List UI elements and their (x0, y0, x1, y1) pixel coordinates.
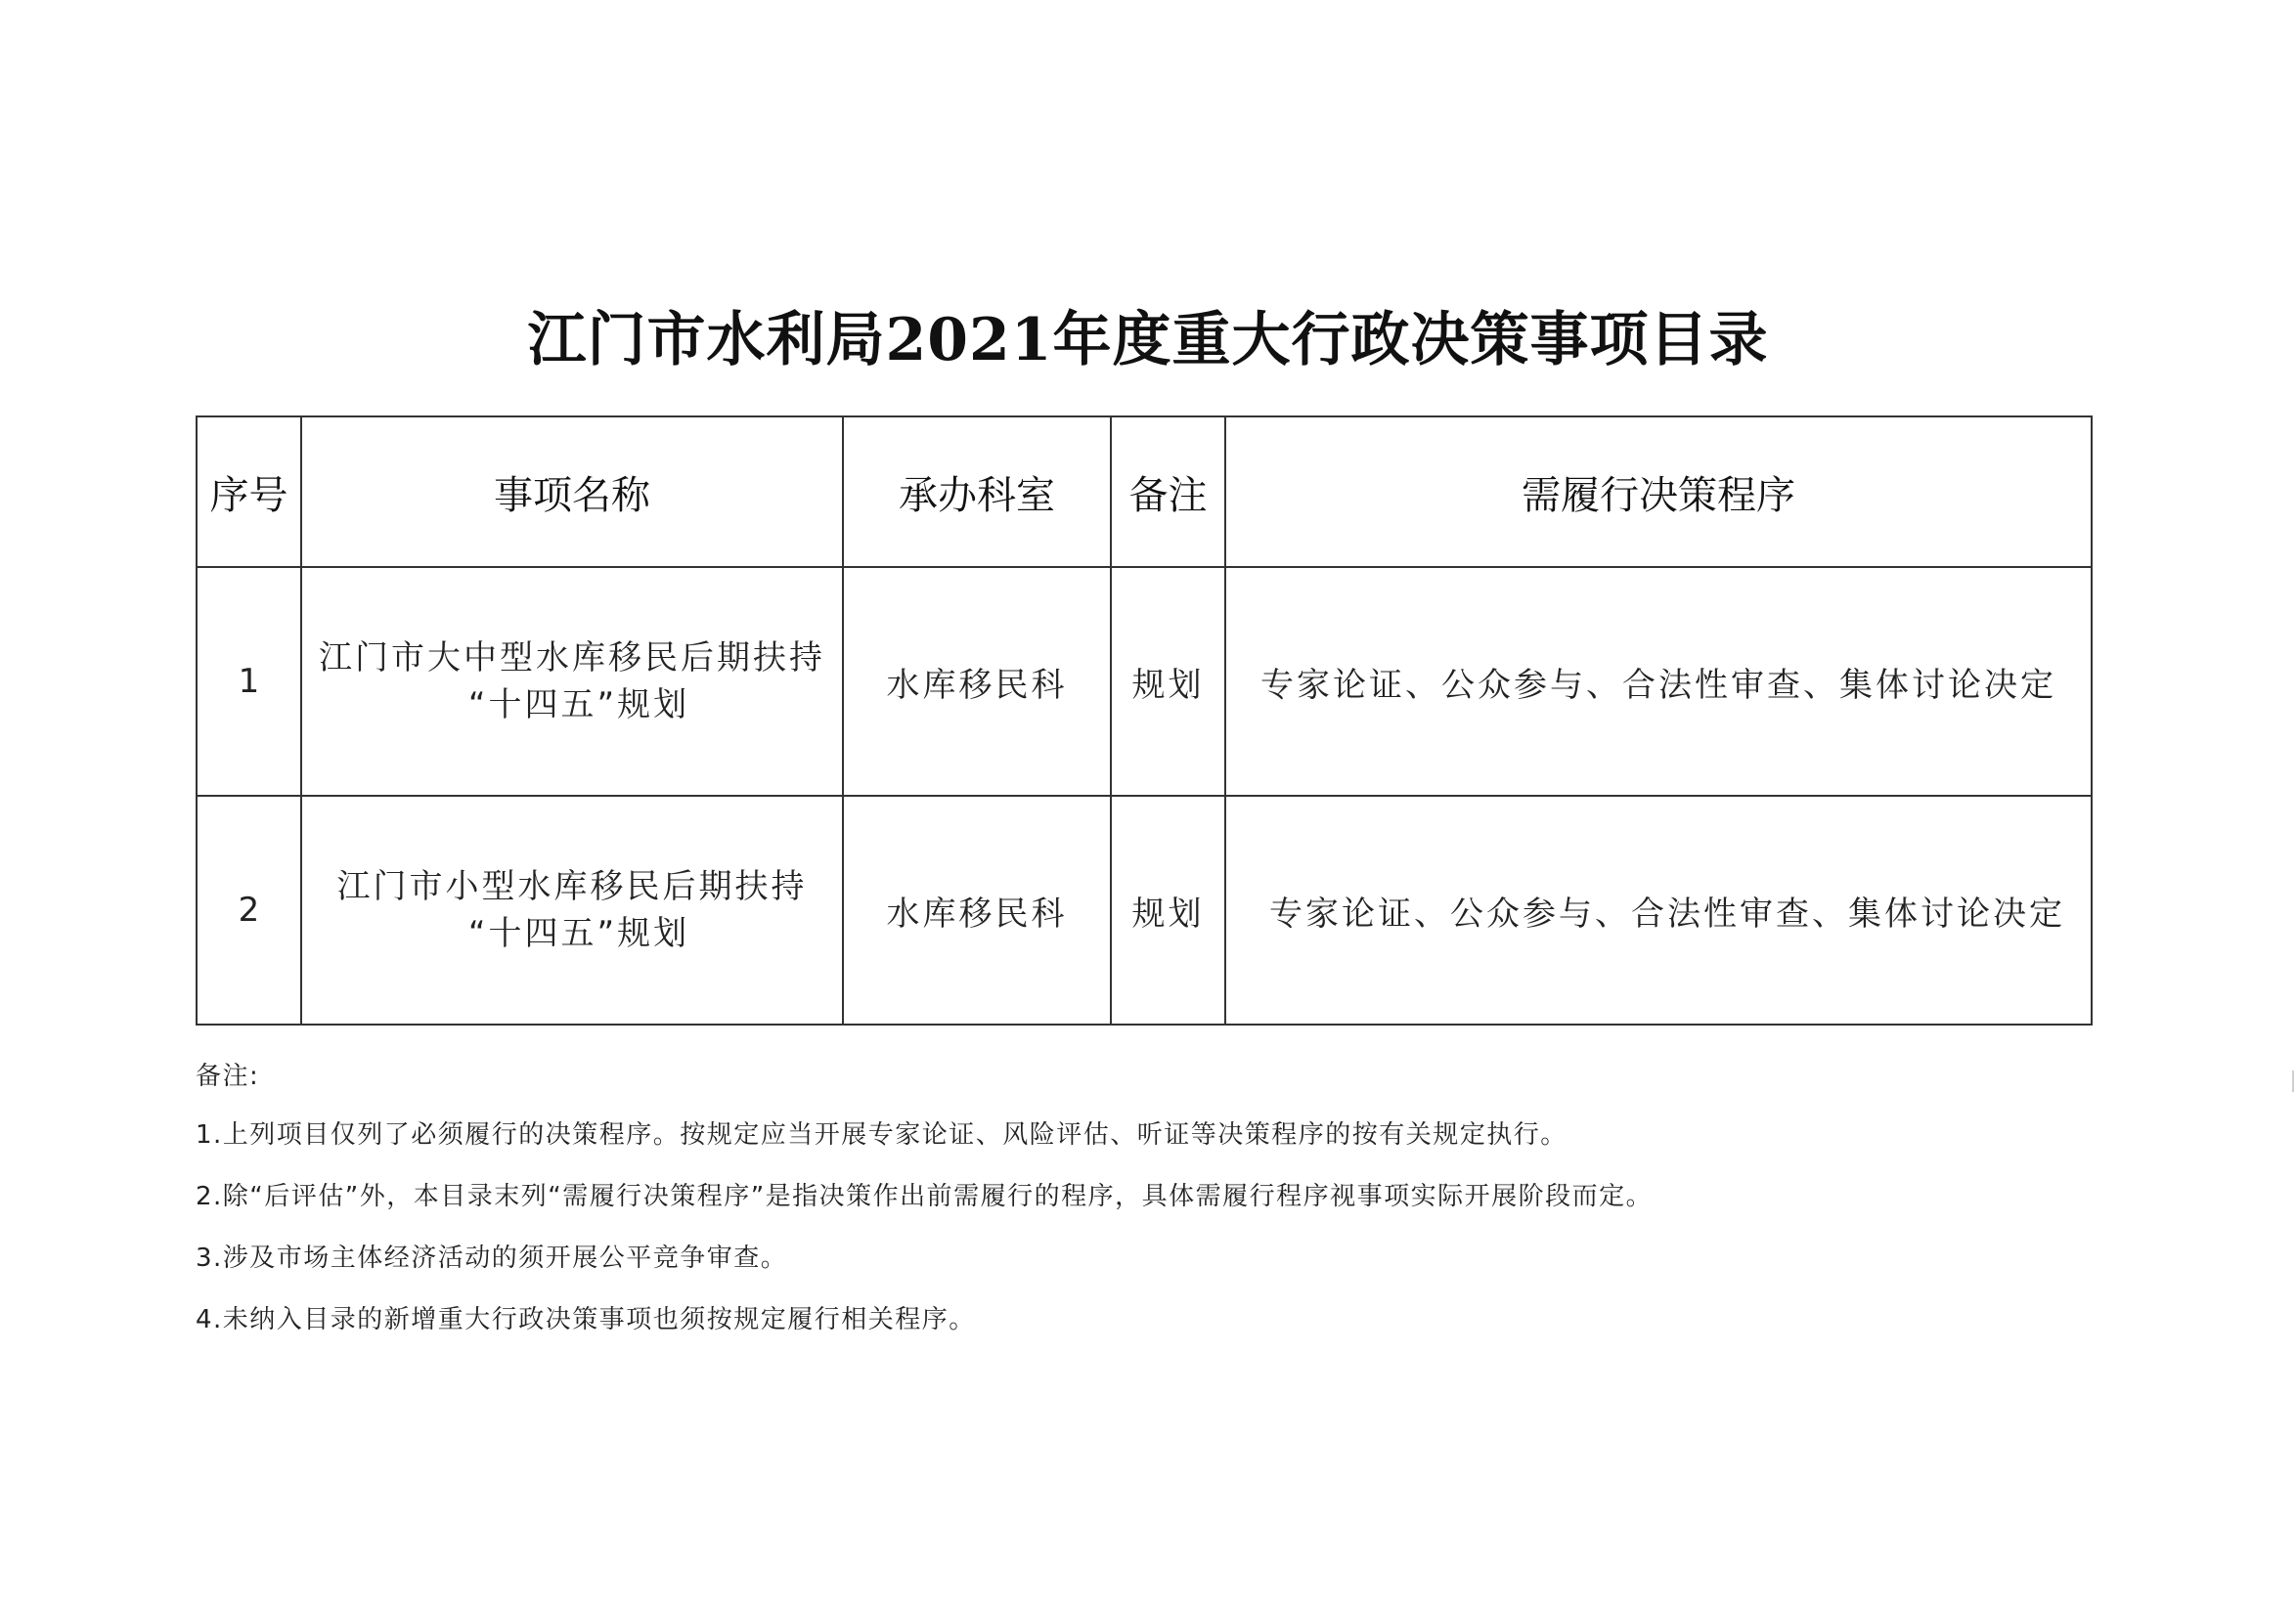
table-row: 1 江门市大中型水库移民后期扶持 “十四五”规划 水库移民科 规划 专家论证、公… (197, 567, 2092, 796)
note-item-4: 4.未纳入目录的新增重大行政决策事项也须按规定履行相关程序。 (196, 1302, 1653, 1337)
item-name-line-1: 江门市大中型水库移民后期扶持 (319, 638, 825, 677)
cell-item-name: 江门市小型水库移民后期扶持 “十四五”规划 (301, 796, 843, 1025)
item-name-line-2: “十四五”规划 (302, 681, 842, 728)
decision-catalog-table: 序号 事项名称 承办科室 备注 需履行决策程序 1 江门市大中型水库移民后期扶持… (196, 415, 2093, 1026)
item-name-line-2: “十四五”规划 (302, 910, 842, 957)
cell-seq: 2 (197, 796, 301, 1025)
cell-department: 水库移民科 (843, 796, 1111, 1025)
cell-department: 水库移民科 (843, 567, 1111, 796)
table-header-row: 序号 事项名称 承办科室 备注 需履行决策程序 (197, 416, 2092, 567)
header-seq: 序号 (197, 416, 301, 567)
scan-edge-mark (2292, 1070, 2294, 1092)
cell-item-name: 江门市大中型水库移民后期扶持 “十四五”规划 (301, 567, 843, 796)
item-name-line-1: 江门市小型水库移民后期扶持 (337, 867, 808, 906)
note-item-1: 1.上列项目仅列了必须履行的决策程序。按规定应当开展专家论证、风险评估、听证等决… (196, 1117, 1653, 1153)
header-item-name: 事项名称 (301, 416, 843, 567)
note-item-3: 3.涉及市场主体经济活动的须开展公平竞争审查。 (196, 1241, 1653, 1276)
table-row: 2 江门市小型水库移民后期扶持 “十四五”规划 水库移民科 规划 专家论证、公众… (197, 796, 2092, 1025)
note-item-2: 2.除“后评估”外，本目录末列“需履行决策程序”是指决策作出前需履行的程序，具体… (196, 1179, 1653, 1214)
cell-note: 规划 (1111, 567, 1225, 796)
header-procedure: 需履行决策程序 (1225, 416, 2092, 567)
header-department: 承办科室 (843, 416, 1111, 567)
notes-heading: 备注: (196, 1056, 1653, 1092)
notes-section: 备注: 1.上列项目仅列了必须履行的决策程序。按规定应当开展专家论证、风险评估、… (196, 1056, 1653, 1364)
cell-note: 规划 (1111, 796, 1225, 1025)
page-title: 江门市水利局2021年度重大行政决策事项目录 (0, 293, 2296, 377)
header-note: 备注 (1111, 416, 1225, 567)
cell-procedure: 专家论证、公众参与、合法性审查、集体讨论决定 (1225, 796, 2092, 1025)
cell-procedure: 专家论证、公众参与、合法性审查、集体讨论决定 (1225, 567, 2092, 796)
cell-seq: 1 (197, 567, 301, 796)
